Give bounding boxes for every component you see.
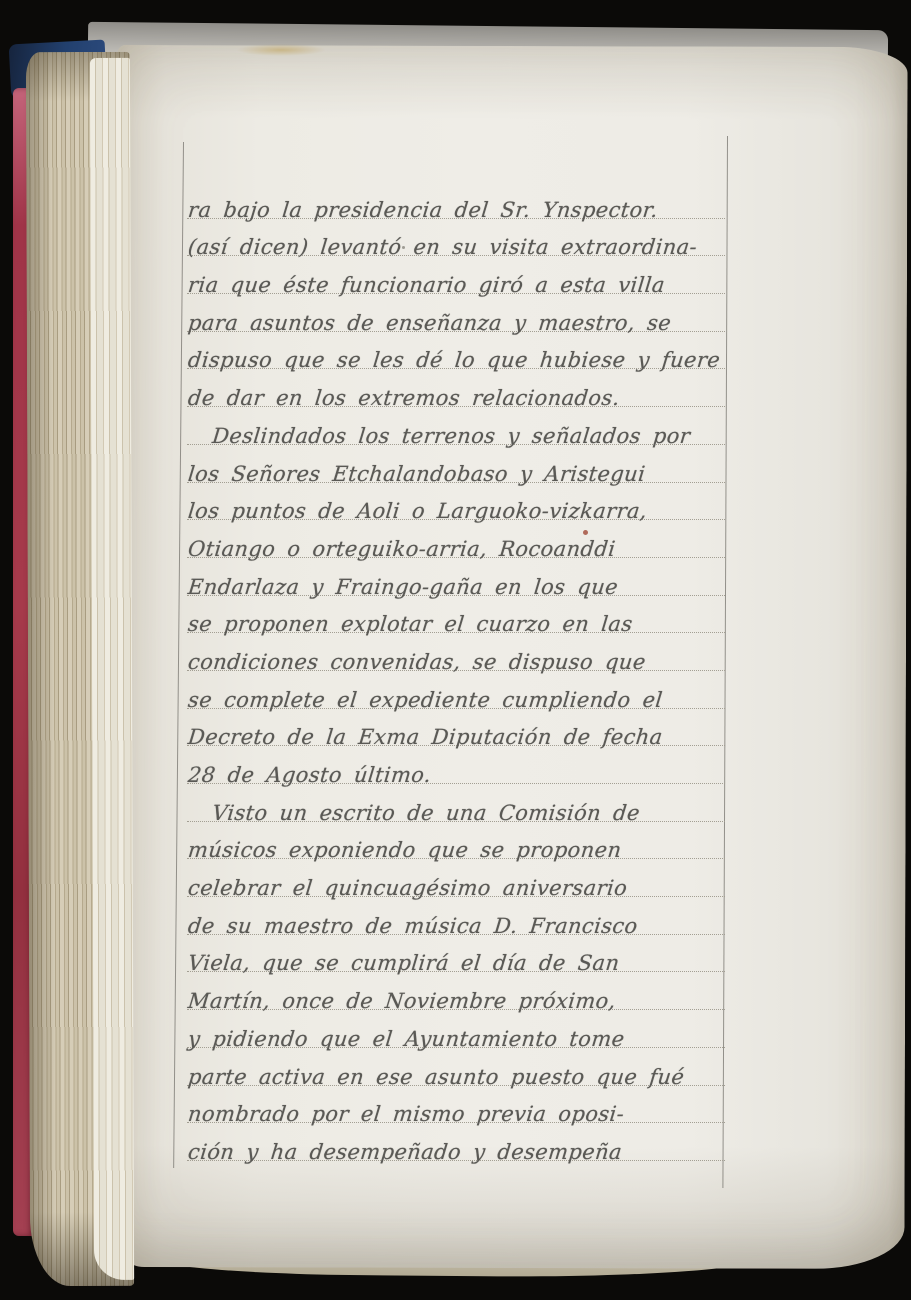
- manuscript-line-text: los puntos de Aoli o Larguoko-vizkarra,: [187, 501, 648, 522]
- handwritten-text-block: ra bajo la presidencia del Sr. Ynspector…: [187, 181, 725, 1161]
- manuscript-line-text: (así dicen) levantó en su visita extraor…: [187, 237, 698, 258]
- red-ink-dot: [583, 530, 588, 535]
- manuscript-line: los Señores Etchalandobaso y Aristegui: [187, 445, 725, 483]
- manuscript-line-text: se proponen explotar el cuarzo en las: [187, 614, 634, 635]
- manuscript-book-photo: ra bajo la presidencia del Sr. Ynspector…: [0, 0, 911, 1300]
- manuscript-line: ra bajo la presidencia del Sr. Ynspector…: [187, 181, 725, 219]
- manuscript-line: 28 de Agosto último.: [187, 746, 725, 784]
- manuscript-line-text: Viela, que se cumplirá el día de San: [187, 953, 621, 974]
- manuscript-line-text: ción y ha desempeñado y desempeña: [187, 1142, 623, 1163]
- manuscript-line-text: Decreto de la Exma Diputación de fecha: [187, 727, 664, 748]
- manuscript-line-text: y pidiendo que el Ayuntamiento tome: [187, 1029, 626, 1050]
- manuscript-line-text: nombrado por el mismo previa oposi-: [187, 1104, 625, 1125]
- manuscript-line-text: para asuntos de enseñanza y maestro, se: [187, 313, 672, 334]
- manuscript-line: Martín, once de Noviembre próximo,: [187, 972, 725, 1010]
- stacked-page-edges-light: [90, 58, 134, 1280]
- manuscript-line: se complete el expediente cumpliendo el: [187, 671, 725, 709]
- manuscript-line-text: se complete el expediente cumpliendo el: [187, 690, 664, 711]
- manuscript-line: condiciones convenidas, se dispuso que: [187, 633, 725, 671]
- manuscript-line: (así dicen) levantó en su visita extraor…: [187, 219, 725, 257]
- speck: [402, 246, 405, 249]
- manuscript-line-text: de dar en los extremos relacionados.: [187, 388, 621, 409]
- manuscript-line: los puntos de Aoli o Larguoko-vizkarra,: [187, 483, 725, 521]
- manuscript-line: Otiango o orteguiko-arria, Rocoanddi: [187, 520, 725, 558]
- manuscript-line-text: Deslindados los terrenos y señalados por: [187, 426, 691, 447]
- manuscript-line: Decreto de la Exma Diputación de fecha: [187, 709, 725, 747]
- manuscript-line: parte activa en ese asunto puesto que fu…: [187, 1048, 725, 1086]
- manuscript-line: de dar en los extremos relacionados.: [187, 369, 725, 407]
- manuscript-line: de su maestro de música D. Francisco: [187, 897, 725, 935]
- manuscript-line-text: de su maestro de música D. Francisco: [187, 916, 639, 937]
- manuscript-line: Viela, que se cumplirá el día de San: [187, 935, 725, 973]
- manuscript-line: y pidiendo que el Ayuntamiento tome: [187, 1010, 725, 1048]
- manuscript-line-text: Visto un escrito de una Comisión de: [187, 803, 641, 824]
- stain: [236, 44, 326, 56]
- manuscript-line: nombrado por el mismo previa oposi-: [187, 1086, 725, 1124]
- manuscript-line: ria que éste funcionario giró a esta vil…: [187, 256, 725, 294]
- manuscript-line-text: ra bajo la presidencia del Sr. Ynspector…: [187, 200, 659, 221]
- stacked-page-edges: [26, 52, 134, 1286]
- manuscript-line-text: ria que éste funcionario giró a esta vil…: [187, 275, 666, 296]
- manuscript-line: celebrar el quincuagésimo aniversario: [187, 859, 725, 897]
- manuscript-line: ción y ha desempeñado y desempeña: [187, 1123, 725, 1161]
- manuscript-line: Deslindados los terrenos y señalados por: [187, 407, 725, 445]
- manuscript-line: dispuso que se les dé lo que hubiese y f…: [187, 332, 725, 370]
- manuscript-line: para asuntos de enseñanza y maestro, se: [187, 294, 725, 332]
- manuscript-line-text: parte activa en ese asunto puesto que fu…: [187, 1067, 685, 1088]
- manuscript-line-text: 28 de Agosto último.: [187, 765, 432, 786]
- manuscript-line-text: dispuso que se les dé lo que hubiese y f…: [187, 350, 721, 371]
- manuscript-line-text: Endarlaza y Fraingo-gaña en los que: [187, 577, 619, 598]
- manuscript-line-text: Otiango o orteguiko-arria, Rocoanddi: [187, 539, 617, 560]
- manuscript-line-text: músicos exponiendo que se proponen: [187, 840, 623, 861]
- manuscript-line: Endarlaza y Fraingo-gaña en los que: [187, 558, 725, 596]
- manuscript-line: músicos exponiendo que se proponen: [187, 822, 725, 860]
- manuscript-line-text: condiciones convenidas, se dispuso que: [187, 652, 647, 673]
- manuscript-line-text: los Señores Etchalandobaso y Aristegui: [187, 464, 646, 485]
- manuscript-line: se proponen explotar el cuarzo en las: [187, 596, 725, 634]
- manuscript-line-text: celebrar el quincuagésimo aniversario: [187, 878, 628, 899]
- manuscript-line: Visto un escrito de una Comisión de: [187, 784, 725, 822]
- manuscript-line-text: Martín, once de Noviembre próximo,: [187, 991, 617, 1012]
